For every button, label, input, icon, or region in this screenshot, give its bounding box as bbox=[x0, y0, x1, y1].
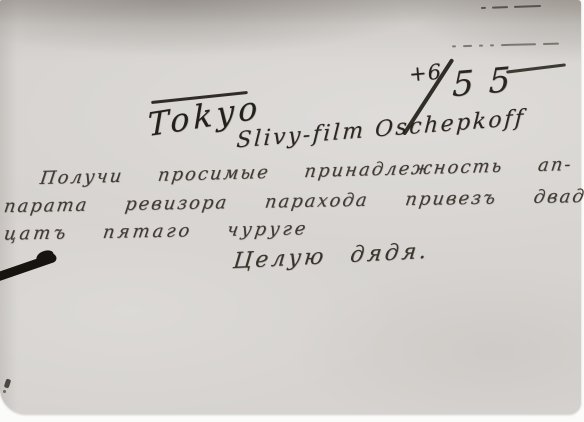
dash-mark bbox=[514, 5, 541, 8]
dash-mark bbox=[481, 7, 486, 10]
telegram-paper: +6 55 Tokyo Slivy-film Oschepkoff Получи… bbox=[0, 0, 581, 414]
dash-mark bbox=[463, 45, 472, 47]
ink-speck bbox=[3, 390, 6, 393]
message-line-3: цатъ пятаго чуруге bbox=[3, 218, 310, 244]
pencil-dashes-line bbox=[452, 43, 559, 48]
dash-mark bbox=[492, 6, 508, 9]
telegram-number-suffix: 55 bbox=[452, 59, 526, 106]
message-signature: Целую дядя. bbox=[232, 239, 431, 274]
message-line-2: парата ревизора парахода привезъ двад. bbox=[3, 186, 584, 217]
dash-mark bbox=[501, 43, 536, 46]
dash-mark bbox=[479, 45, 483, 47]
message-line-1: Получи просимые принадлежность ап- bbox=[39, 154, 574, 189]
pencil-dashes-top bbox=[481, 5, 541, 9]
ink-speck bbox=[4, 378, 12, 388]
telegraph-address: Slivy-film Oschepkoff bbox=[236, 106, 526, 154]
dash-mark bbox=[452, 45, 456, 47]
dash-mark bbox=[490, 44, 494, 46]
dash-mark bbox=[543, 43, 559, 45]
